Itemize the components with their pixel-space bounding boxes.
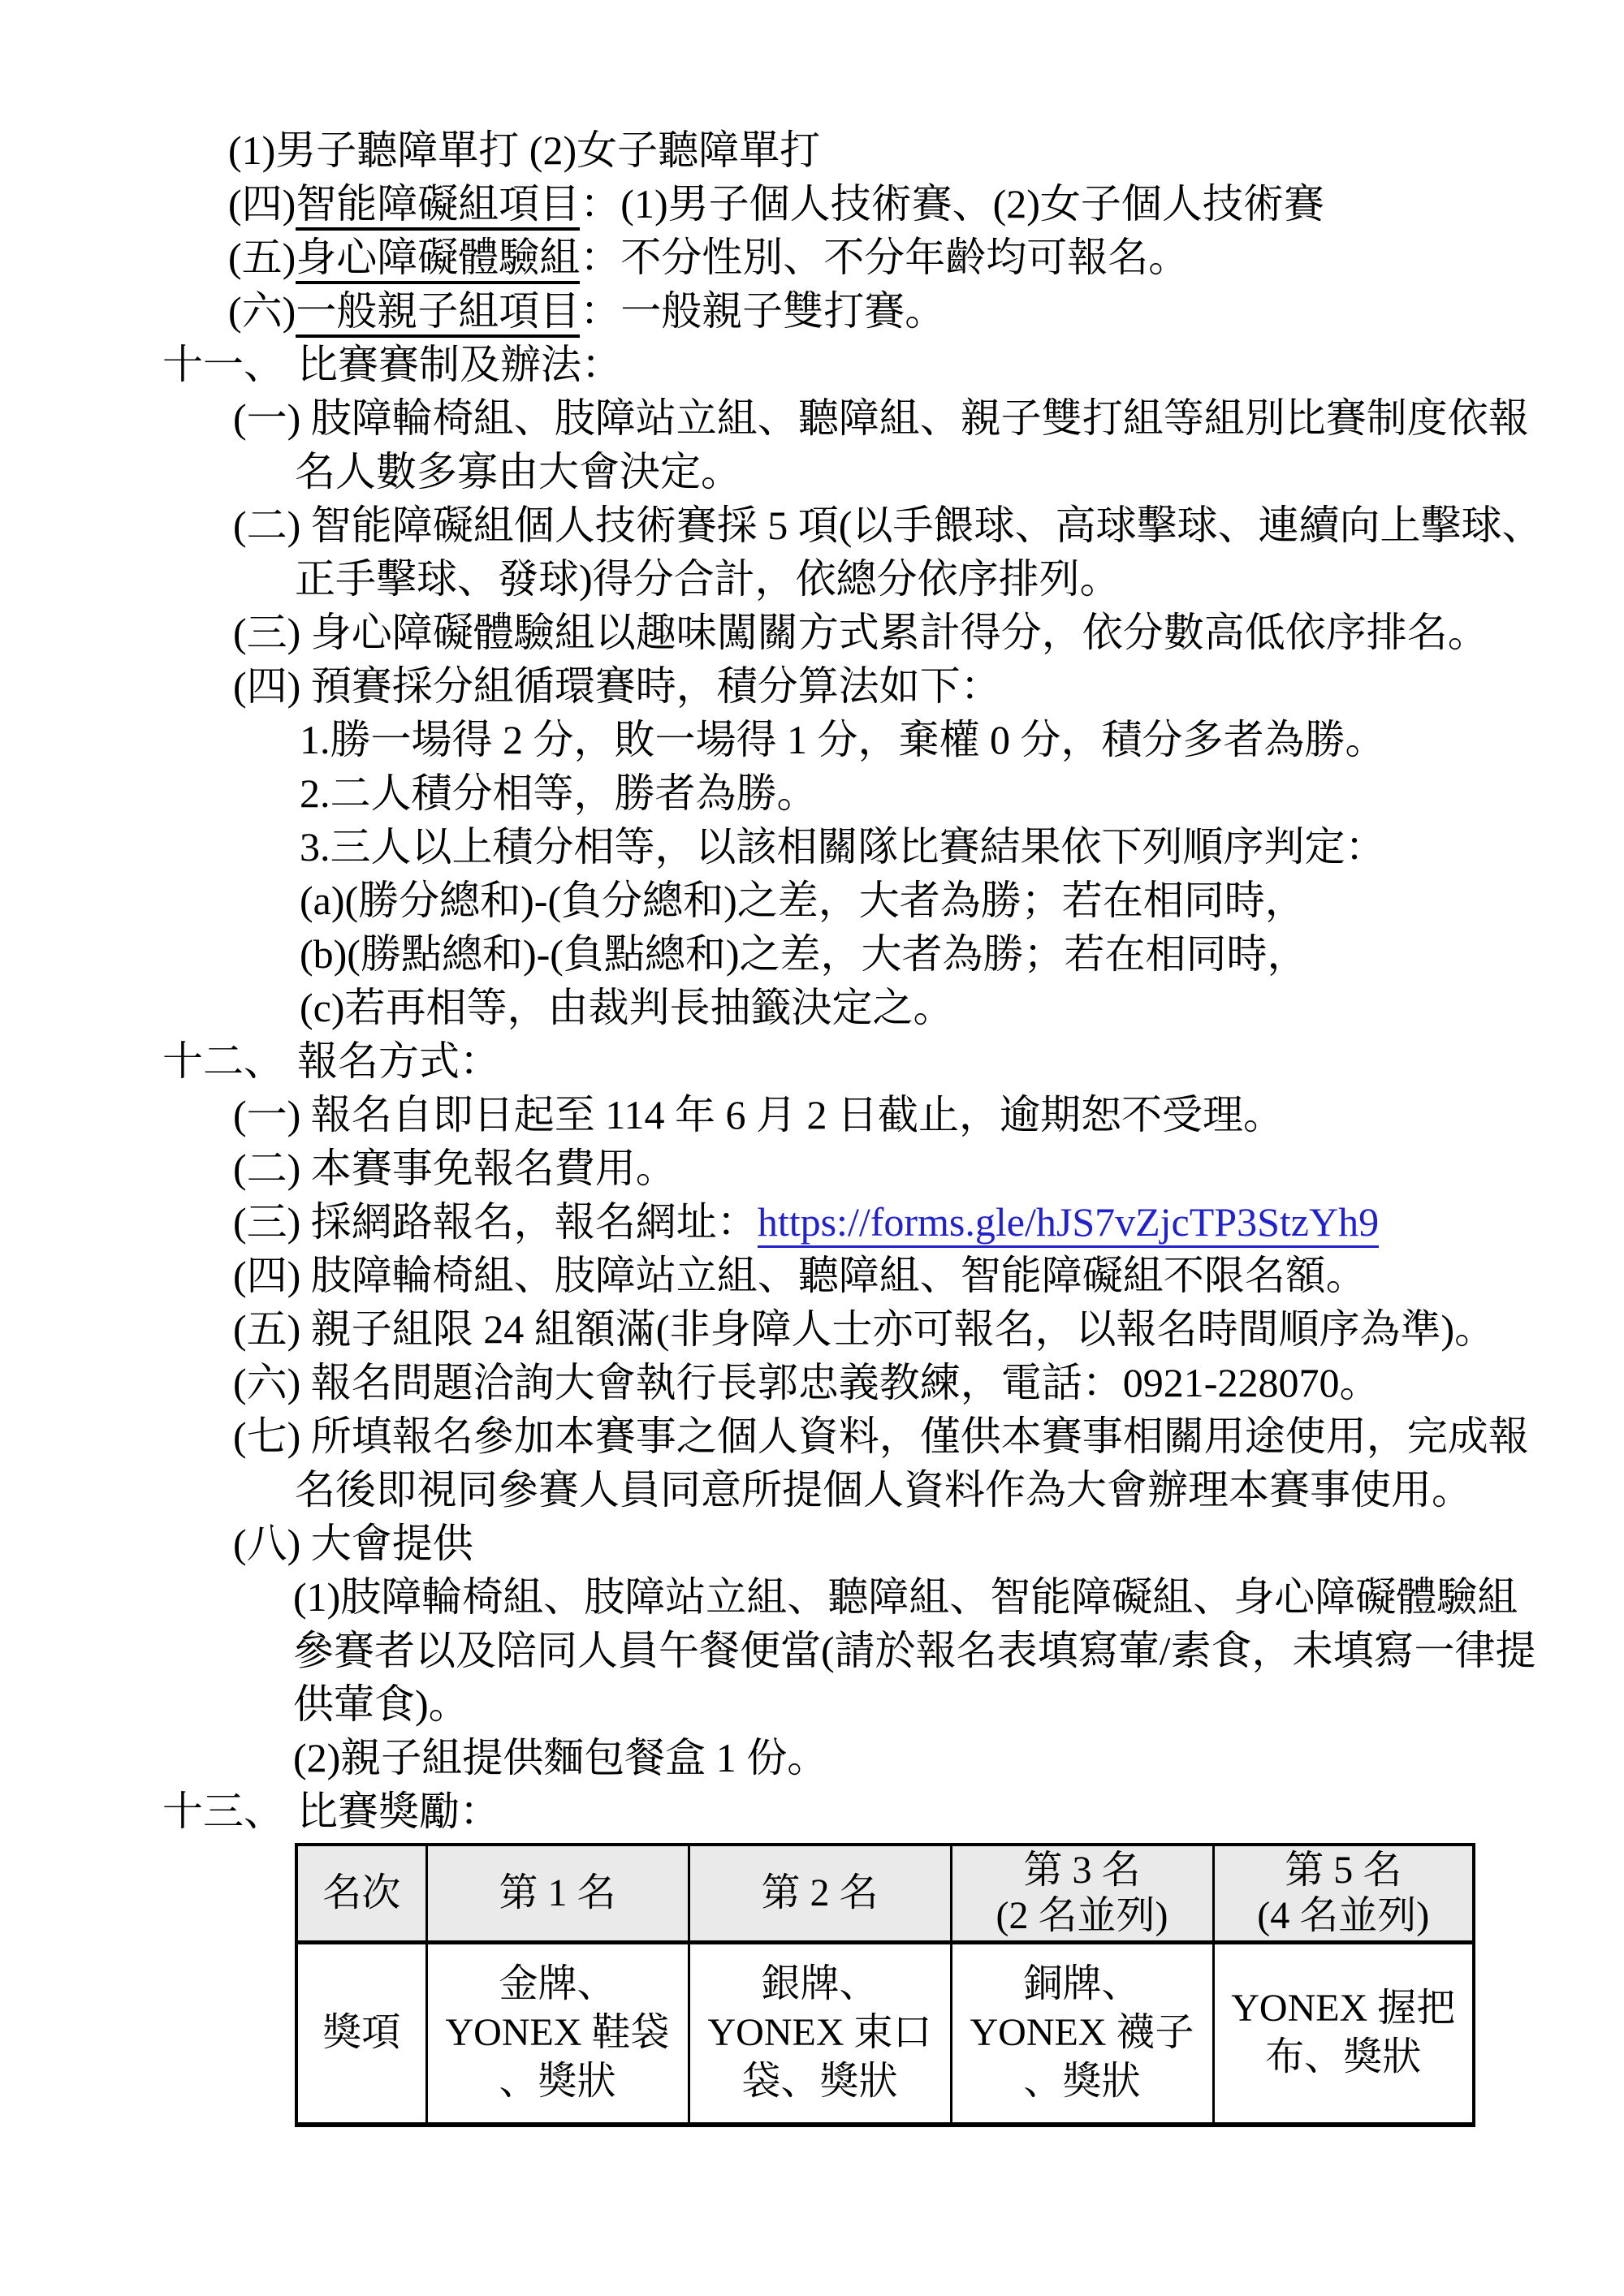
header-cell-second-place: 第 2 名	[689, 1845, 951, 1942]
text-run: ：一般親子雙打賽。	[580, 288, 945, 334]
text-run: 2.二人積分相等，勝者為勝。	[300, 770, 818, 816]
underlined-label: 一般親子組項目	[296, 288, 580, 338]
awards-header-row: 名次 第 1 名 第 2 名 第 3 名 (2 名並列) 第 5 名 (4 名並…	[296, 1845, 1474, 1942]
header-cell-third-place: 第 3 名 (2 名並列)	[951, 1845, 1213, 1942]
rule-item-2: (二) 智能障礙組個人技術賽採 5 項(以手餵球、高球擊球、連續向上擊球、	[233, 498, 1624, 552]
registration-item-6: (六) 報名問題洽詢大會執行長郭忠義教練，電話：0921-228070。	[233, 1356, 1624, 1409]
provision-item-1-continuation-2: 供葷食)。	[293, 1677, 1624, 1731]
prize-cell-third-place: 銅牌、 YONEX 襪子 、獎狀	[951, 1942, 1213, 2125]
text-run: 名後即視同參賽人員同意所提個人資料作為大會辦理本賽事使用。	[295, 1467, 1472, 1513]
text-run: (八) 大會提供	[233, 1521, 473, 1566]
prize-cell-first-place: 金牌、 YONEX 鞋袋 、獎狀	[426, 1942, 689, 2125]
text-run: 1.勝一場得 2 分，敗一場得 1 分，棄權 0 分，積分多者為勝。	[300, 717, 1386, 762]
event-item-parent-child-group: (六)一般親子組項目：一般親子雙打賽。	[228, 284, 1624, 338]
text-run: ：不分性別、不分年齡均可報名。	[580, 235, 1189, 280]
header-cell-rank: 名次	[296, 1845, 426, 1942]
underlined-label: 身心障礙體驗組	[296, 235, 580, 284]
scoring-rule-2: 2.二人積分相等，勝者為勝。	[300, 766, 1624, 820]
item-marker: (五)	[228, 235, 296, 280]
header-cell-first-place: 第 1 名	[426, 1845, 689, 1942]
document-page: (1)男子聽障單打 (2)女子聽障單打 (四)智能障礙組項目：(1)男子個人技術…	[0, 0, 1624, 2296]
text-run: 正手擊球、發球)得分合計，依總分依序排列。	[295, 556, 1121, 602]
text-run: (五) 親子組限 24 組額滿(非身障人士亦可報名，以報名時間順序為準)。	[233, 1306, 1495, 1352]
text-run: (二) 智能障礙組個人技術賽採 5 項(以手餵球、高球擊球、連續向上擊球、	[233, 503, 1542, 548]
prize-cell-fifth-place: YONEX 握把 布、獎狀	[1213, 1942, 1474, 2125]
provision-item-2: (2)親子組提供麵包餐盒 1 份。	[293, 1731, 1624, 1785]
tiebreak-rule-c: (c)若再相等，由裁判長抽籤決定之。	[300, 981, 1624, 1034]
tiebreak-rule-b: (b)(勝點總和)-(負點總和)之差，大者為勝；若在相同時，	[300, 927, 1624, 981]
event-list-deaf-singles: (1)男子聽障單打 (2)女子聽障單打	[228, 123, 1624, 177]
text-run: ：(1)男子個人技術賽、(2)女子個人技術賽	[580, 181, 1324, 227]
header-cell-fifth-place: 第 5 名 (4 名並列)	[1213, 1845, 1474, 1942]
text-run: (一) 報名自即日起至 114 年 6 月 2 日截止，逾期恕不受理。	[233, 1092, 1284, 1137]
text-run: (b)(勝點總和)-(負點總和)之差，大者為勝；若在相同時，	[300, 931, 1308, 977]
event-item-experience-group: (五)身心障礙體驗組：不分性別、不分年齡均可報名。	[228, 231, 1624, 284]
text-run: (c)若再相等，由裁判長抽籤決定之。	[300, 985, 954, 1030]
text-run: (七) 所填報名參加本賽事之個人資料，僅供本賽事相關用途使用，完成報	[233, 1413, 1529, 1459]
scoring-rule-3: 3.三人以上積分相等，以該相關隊比賽結果依下列順序判定：	[300, 820, 1624, 874]
underlined-label: 智能障礙組項目	[296, 181, 580, 231]
registration-item-7: (七) 所填報名參加本賽事之個人資料，僅供本賽事相關用途使用，完成報	[233, 1409, 1624, 1463]
registration-item-7-continuation: 名後即視同參賽人員同意所提個人資料作為大會辦理本賽事使用。	[295, 1463, 1624, 1517]
section-number: 十二、	[162, 1038, 284, 1084]
provision-item-1: (1)肢障輪椅組、肢障站立組、聽障組、智能障礙組、身心障礙體驗組	[293, 1570, 1624, 1624]
prize-row-label: 獎項	[296, 1942, 426, 2125]
text-run: (三) 採網路報名，報名網址：	[233, 1199, 758, 1245]
section-number: 十三、	[162, 1789, 284, 1834]
item-marker: (六)	[228, 288, 296, 334]
registration-item-1: (一) 報名自即日起至 114 年 6 月 2 日截止，逾期恕不受理。	[233, 1088, 1624, 1142]
section-title: 比賽賽制及辦法：	[297, 342, 622, 387]
text-run: (三) 身心障礙體驗組以趣味闖關方式累計得分，依分數高低依序排名。	[233, 610, 1488, 655]
text-run: (一) 肢障輪椅組、肢障站立組、聽障組、親子雙打組等組別比賽制度依報	[233, 395, 1529, 441]
text-run: 供葷食)。	[293, 1681, 469, 1727]
section-title: 比賽獎勵：	[297, 1789, 500, 1834]
awards-prize-row: 獎項 金牌、 YONEX 鞋袋 、獎狀 銀牌、 YONEX 束口 袋、獎狀 銅牌…	[296, 1942, 1474, 2125]
rule-item-1: (一) 肢障輪椅組、肢障站立組、聽障組、親子雙打組等組別比賽制度依報	[233, 391, 1624, 445]
rule-item-3: (三) 身心障礙體驗組以趣味闖關方式累計得分，依分數高低依序排名。	[233, 606, 1624, 659]
registration-item-4: (四) 肢障輪椅組、肢障站立組、聽障組、智能障礙組不限名額。	[233, 1249, 1624, 1302]
text-run: 3.三人以上積分相等，以該相關隊比賽結果依下列順序判定：	[300, 824, 1386, 870]
document-body: (1)男子聽障單打 (2)女子聽障單打 (四)智能障礙組項目：(1)男子個人技術…	[0, 0, 1624, 1838]
text-run: (a)(勝分總和)-(負分總和)之差，大者為勝；若在相同時，	[300, 878, 1306, 923]
text-run: (二) 本賽事免報名費用。	[233, 1146, 676, 1191]
text-run: (六) 報名問題洽詢大會執行長郭忠義教練，電話：0921-228070。	[233, 1360, 1380, 1405]
item-marker: (四)	[228, 181, 296, 227]
section-heading-11: 十一、比賽賽制及辦法：	[162, 338, 1624, 391]
provision-item-1-continuation-1: 參賽者以及陪同人員午餐便當(請於報名表填寫葷/素食，未填寫一律提	[293, 1624, 1624, 1677]
registration-item-8: (八) 大會提供	[233, 1517, 1624, 1570]
text-run: (2)親子組提供麵包餐盒 1 份。	[293, 1735, 827, 1780]
rule-item-2-continuation: 正手擊球、發球)得分合計，依總分依序排列。	[295, 552, 1624, 606]
section-number: 十一、	[162, 342, 284, 387]
scoring-rule-1: 1.勝一場得 2 分，敗一場得 1 分，棄權 0 分，積分多者為勝。	[300, 713, 1624, 766]
text-run: 名人數多寡由大會決定。	[295, 449, 741, 494]
text-run: (1)肢障輪椅組、肢障站立組、聽障組、智能障礙組、身心障礙體驗組	[293, 1574, 1518, 1620]
tiebreak-rule-a: (a)(勝分總和)-(負分總和)之差，大者為勝；若在相同時，	[300, 874, 1624, 927]
text-run: (1)男子聽障單打 (2)女子聽障單打	[228, 127, 820, 173]
registration-item-2: (二) 本賽事免報名費用。	[233, 1142, 1624, 1195]
rule-item-4: (四) 預賽採分組循環賽時，積分算法如下：	[233, 659, 1624, 713]
registration-item-3: (三) 採網路報名，報名網址：https://forms.gle/hJS7vZj…	[233, 1195, 1624, 1249]
text-run: (四) 預賽採分組循環賽時，積分算法如下：	[233, 663, 1001, 709]
text-run: 參賽者以及陪同人員午餐便當(請於報名表填寫葷/素食，未填寫一律提	[293, 1628, 1536, 1673]
rule-item-1-continuation: 名人數多寡由大會決定。	[295, 445, 1624, 498]
prize-cell-second-place: 銀牌、 YONEX 束口 袋、獎狀	[689, 1942, 951, 2125]
section-heading-13: 十三、比賽獎勵：	[162, 1785, 1624, 1838]
registration-form-link[interactable]: https://forms.gle/hJS7vZjcTP3StzYh9	[758, 1199, 1379, 1248]
section-heading-12: 十二、報名方式：	[162, 1034, 1624, 1088]
event-item-intellectual-group: (四)智能障礙組項目：(1)男子個人技術賽、(2)女子個人技術賽	[228, 177, 1624, 231]
text-run: (四) 肢障輪椅組、肢障站立組、聽障組、智能障礙組不限名額。	[233, 1253, 1367, 1298]
section-title: 報名方式：	[297, 1038, 500, 1084]
awards-table: 名次 第 1 名 第 2 名 第 3 名 (2 名並列) 第 5 名 (4 名並…	[295, 1843, 1475, 2127]
registration-item-5: (五) 親子組限 24 組額滿(非身障人士亦可報名，以報名時間順序為準)。	[233, 1302, 1624, 1356]
